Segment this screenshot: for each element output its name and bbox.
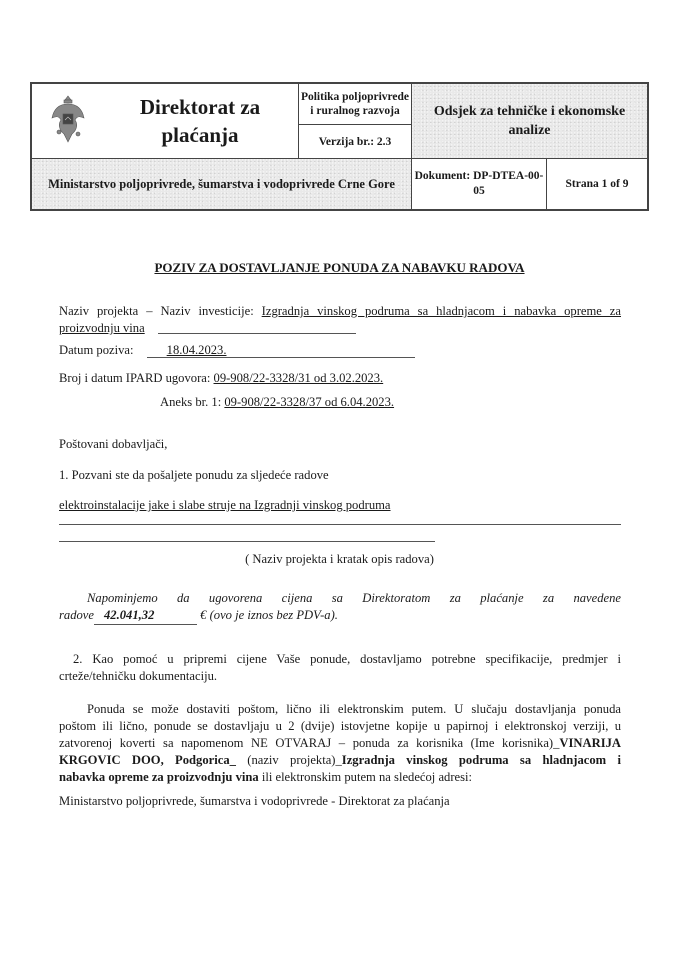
beneficiary-name-cont: KRGOVIC DOO, Podgorica_ [59,753,236,767]
delivery-text: (naziv projekta)_ [247,753,342,767]
coat-of-arms-icon [50,94,86,146]
contract-field: Broj i datum IPARD ugovora: 09-908/22-33… [59,370,383,387]
project-name: Izgradnja vinskog podruma sa hladnjacom … [342,753,621,767]
project-value-cont: proizvodnju vina [59,321,145,335]
delivery-line: zatvorenoj koverti sa napomenom NE OTVAR… [59,735,621,752]
delivery-line: KRGOVIC DOO, Podgorica_ (naziv projekta)… [59,752,621,769]
blank-line [59,541,435,542]
price-note-suffix: € (ovo je iznos bez PDV-a). [200,608,338,622]
date-underline [147,357,415,358]
item-1: 1. Pozvani ste da pošaljete ponudu za sl… [59,467,329,484]
price-note-line: Napominjemo da ugovorena cijena sa Direk… [59,590,621,607]
contract-amount: 42.041,32 [94,607,197,625]
delivery-paragraph: Ponuda se može dostaviti poštom, lično i… [59,701,621,786]
project-label: Naziv projekta – Naziv investicije: [59,304,254,318]
delivery-line: Ponuda se može dostaviti poštom, lično i… [59,701,621,718]
annex-field: Aneks br. 1: 09-908/22-3328/37 od 6.04.2… [160,394,394,411]
department-cell: Odsjek za tehničke i ekonomske analize [411,84,647,158]
project-value: Izgradnja vinskog podruma sa hladnjacom … [262,304,621,318]
annex-value: 09-908/22-3328/37 od 6.04.2023. [224,395,394,409]
greeting: Poštovani dobavljači, [59,436,167,453]
project-name-cont: nabavka opreme za proizvodnju vina [59,770,259,784]
date-value: 18.04.2023. [167,343,227,357]
annex-label: Aneks br. 1: [160,395,221,409]
item-2: 2. Kao pomoć u pripremi cijene Vaše ponu… [59,651,621,685]
policy-cell: Politika poljoprivrede i ruralnog razvoj… [298,84,411,124]
contract-label: Broj i datum IPARD ugovora: [59,371,210,385]
address: Ministarstvo poljoprivrede, šumarstva i … [59,793,450,810]
date-label: Datum poziva: [59,343,134,357]
ministry-cell: Ministarstvo poljoprivrede, šumarstva i … [32,158,411,209]
version-cell: Verzija br.: 2.3 [298,124,411,158]
works-description: elektroinstalacije jake i slabe struje n… [59,497,391,514]
organization-name: Direktorat za plaćanja [102,93,298,149]
works-caption: ( Naziv projekta i kratak opis radova) [0,551,679,568]
contract-value: 09-908/22-3328/31 od 3.02.2023. [214,371,384,385]
delivery-line: poštom ili lično, ponude se dostavljaju … [59,718,621,735]
blank-line [158,333,356,334]
header-org-cell: Direktorat za plaćanja [32,84,298,158]
price-note-prefix: radove [59,608,94,622]
document-header-table: Direktorat za plaćanja Politika poljopri… [30,82,649,211]
price-note: Napominjemo da ugovorena cijena sa Direk… [59,590,621,625]
beneficiary-name: VINARIJA [559,736,621,750]
item-2-line: crteže/tehničku dokumentaciju. [59,668,621,685]
delivery-line: nabavka opreme za proizvodnju vina ili e… [59,769,621,786]
delivery-text: ili elektronskim putem na sledećoj adres… [262,770,472,784]
page-info-cell: Strana 1 of 9 [546,158,647,209]
item-2-line: 2. Kao pomoć u pripremi cijene Vaše ponu… [59,651,621,668]
project-field: Naziv projekta – Naziv investicije: Izgr… [59,303,621,337]
delivery-text: zatvorenoj koverti sa napomenom NE OTVAR… [59,736,559,750]
blank-line [59,524,621,525]
document-code-cell: Dokument: DP-DTEA-00-05 [411,158,546,209]
document-title: POZIV ZA DOSTAVLJANJE PONUDA ZA NABAVKU … [0,260,679,276]
